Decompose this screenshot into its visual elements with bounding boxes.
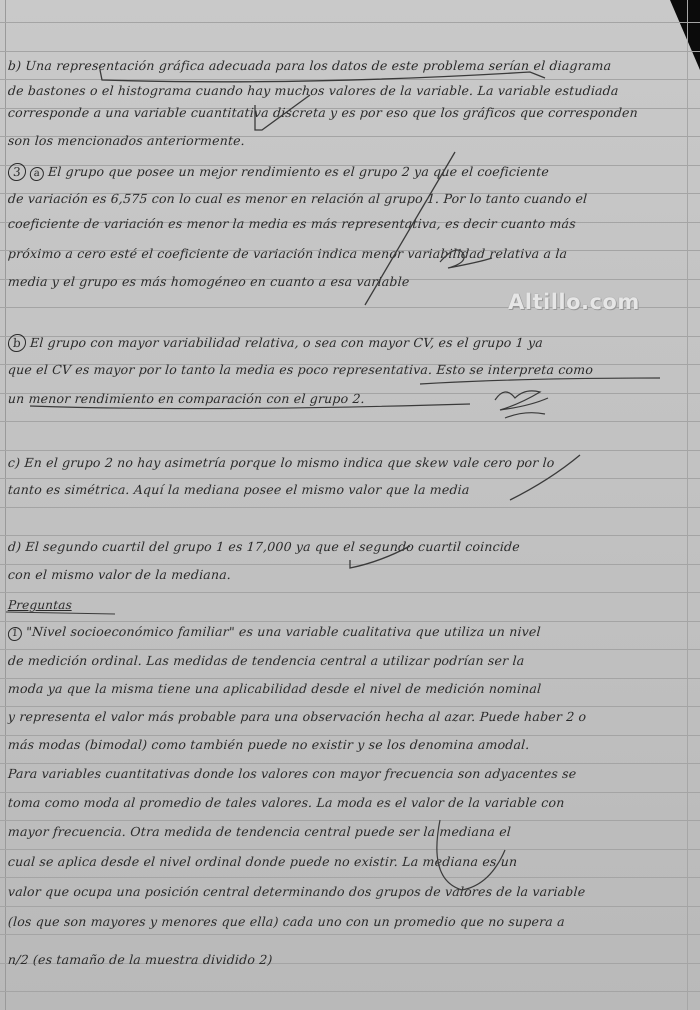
text-line: son los mencionados anteriormente. xyxy=(7,133,682,148)
section-heading: Preguntas xyxy=(8,598,683,612)
ruled-line xyxy=(0,621,700,622)
ruled-line xyxy=(0,478,700,479)
ruled-line xyxy=(0,991,700,992)
text-fragment: "Nivel socioeconómico familiar" es una v… xyxy=(26,624,542,639)
text-fragment: El grupo que posee un mejor rendimiento … xyxy=(48,164,550,179)
text-line: un menor rendimiento en comparación con … xyxy=(7,391,682,406)
ruled-line xyxy=(0,820,700,821)
ruled-line xyxy=(0,507,700,508)
ruled-line xyxy=(0,934,700,935)
underline-mark xyxy=(420,378,660,384)
text-line: d) El segundo cuartil del grupo 1 es 17,… xyxy=(7,539,682,554)
text-line: tanto es simétrica. Aquí la mediana pose… xyxy=(7,482,682,497)
text-line: y representa el valor más probable para … xyxy=(7,709,682,724)
page-right-edge xyxy=(687,0,688,1010)
watermark: Altillo.com xyxy=(508,290,640,314)
ruled-line xyxy=(0,450,700,451)
text-line-first: 3aEl grupo que posee un mejor rendimient… xyxy=(7,163,682,181)
ruled-line xyxy=(0,22,700,23)
ruled-line xyxy=(0,763,700,764)
ruled-line xyxy=(0,592,700,593)
text-line: toma como moda al promedio de tales valo… xyxy=(7,795,682,810)
ruled-line xyxy=(0,877,700,878)
text-line: mayor frecuencia. Otra medida de tendenc… xyxy=(7,824,682,839)
ruled-line xyxy=(0,906,700,907)
text-line-first: bEl grupo con mayor variabilidad relativ… xyxy=(7,334,682,352)
text-line: corresponde a una variable cuantitativa … xyxy=(7,105,682,120)
question-number-circle: 3 xyxy=(7,163,26,181)
ruled-line xyxy=(0,535,700,536)
notebook-page: b) Una representación gráfica adecuada p… xyxy=(0,0,700,1010)
text-line: más modas (bimodal) como también puede n… xyxy=(7,737,682,752)
text-line-first: 1"Nivel socioeconómico familiar" es una … xyxy=(7,624,682,641)
text-line: que el CV es mayor por lo tanto la media… xyxy=(7,362,682,377)
ruled-line xyxy=(0,421,700,422)
text-line: moda ya que la misma tiene una aplicabil… xyxy=(7,681,682,696)
ruled-line xyxy=(0,735,700,736)
text-line: n/2 (es tamaño de la muestra dividido 2) xyxy=(7,952,682,967)
text-line: próximo a cero esté el coeficiente de va… xyxy=(7,246,682,261)
text-line: media y el grupo es más homogéneo en cua… xyxy=(7,274,682,289)
ruled-line xyxy=(0,849,700,850)
ruled-line xyxy=(0,792,700,793)
text-line: valor que ocupa una posición central det… xyxy=(7,884,682,899)
text-line: de medición ordinal. Las medidas de tend… xyxy=(7,653,682,668)
ruled-line xyxy=(0,678,700,679)
ruled-line xyxy=(0,564,700,565)
text-line: c) En el grupo 2 no hay asimetría porque… xyxy=(7,455,682,470)
ruled-line xyxy=(0,706,700,707)
text-line: cual se aplica desde el nivel ordinal do… xyxy=(7,854,682,869)
text-line: coeficiente de variación es menor la med… xyxy=(7,216,682,231)
subquestion-letter-circle: b xyxy=(7,334,26,352)
text-line: Para variables cuantitativas donde los v… xyxy=(7,766,682,781)
text-line: de bastones o el histograma cuando hay m… xyxy=(7,83,682,98)
ruled-line xyxy=(0,51,700,52)
subquestion-letter-circle: a xyxy=(29,167,44,181)
text-line: (los que son mayores y menores que ella)… xyxy=(7,914,682,929)
text-line: b) Una representación gráfica adecuada p… xyxy=(7,58,682,73)
text-line: de variación es 6,575 con lo cual es men… xyxy=(7,191,682,206)
ruled-line xyxy=(0,79,700,80)
question-number-circle: 1 xyxy=(7,627,22,641)
ruled-line xyxy=(0,649,700,650)
underline-mark xyxy=(6,612,115,614)
page-margin-line xyxy=(5,0,6,1010)
text-line: con el mismo valor de la mediana. xyxy=(7,567,682,582)
text-fragment: El grupo con mayor variabilidad relativa… xyxy=(30,335,544,350)
